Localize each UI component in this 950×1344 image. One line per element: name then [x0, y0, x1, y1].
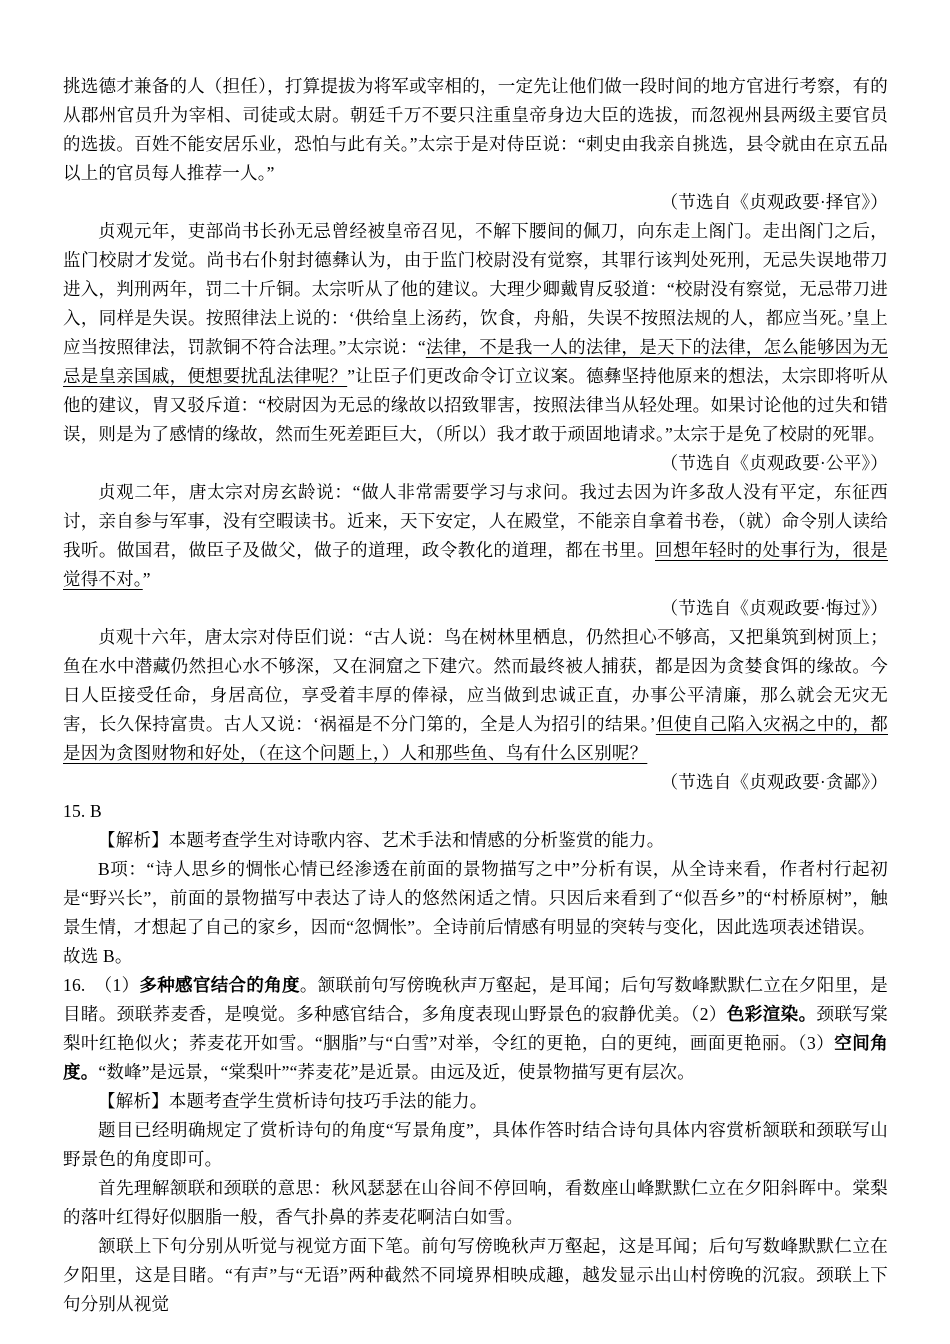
answer-16-analysis-hanlian: 颔联上下句分别从听觉与视觉方面下笔。前句写傍晚秋声万壑起，这是耳闻；后句写数峰默…	[63, 1232, 888, 1319]
text-run: 挑选德才兼备的人（担任），打算提拔为将军或宰相的，一定先让他们做一段时间的地方官…	[63, 76, 888, 183]
paragraph-translation-zeguan-continued: 挑选德才兼备的人（担任），打算提拔为将军或宰相的，一定先让他们做一段时间的地方官…	[63, 72, 888, 188]
text-run: 颔联上下句分别从听觉与视觉方面下笔。前句写傍晚秋声万壑起，这是耳闻；后句写数峰默…	[63, 1236, 888, 1314]
citation-huiguo: （节选自《贞观政要·悔过》）	[63, 594, 888, 623]
bold-text-run: 色彩渲染。	[727, 1004, 817, 1024]
citation-gongping: （节选自《贞观政要·公平》）	[63, 449, 888, 478]
paragraph-translation-huiguo: 贞观二年，唐太宗对房玄龄说：“做人非常需要学习与求问。我过去因为许多敌人没有平定…	[63, 478, 888, 594]
text-run: 【解析】本题考查学生对诗歌内容、艺术手法和情感的分析鉴赏的能力。	[98, 830, 664, 850]
answer-16: 16. （1）多种感官结合的角度。颔联前句写傍晚秋声万壑起，是耳闻；后句写数峰默…	[63, 971, 888, 1087]
citation-tanbi: （节选自《贞观政要·贪鄙》）	[63, 768, 888, 797]
answer-15-conclusion: 故选 B。	[63, 942, 888, 971]
text-run: 15. B	[63, 801, 102, 821]
text-run: 首先理解颔联和颈联的意思：秋风瑟瑟在山谷间不停回响，看数座山峰默默仁立在夕阳斜晖…	[63, 1178, 888, 1227]
text-run: （节选自《贞观政要·贪鄙》）	[661, 772, 888, 792]
document-page: 挑选德才兼备的人（担任），打算提拔为将军或宰相的，一定先让他们做一段时间的地方官…	[0, 0, 950, 1344]
citation-zeguan: （节选自《贞观政要·择官》）	[63, 188, 888, 217]
answer-16-analysis-intro: 【解析】本题考查学生赏析诗句技巧手法的能力。	[63, 1087, 888, 1116]
text-run: （节选自《贞观政要·公平》）	[661, 453, 888, 473]
text-run: 【解析】本题考查学生赏析诗句技巧手法的能力。	[98, 1091, 487, 1111]
text-run: B项：“诗人思乡的惆怅心情已经渗透在前面的景物描写之中”分析有误，从全诗来看，作…	[63, 859, 888, 937]
answer-15: 15. B	[63, 797, 888, 826]
text-run: （节选自《贞观政要·择官》）	[661, 192, 888, 212]
text-run: 题目已经明确规定了赏析诗句的角度“写景角度”，具体作答时结合诗句具体内容赏析颔联…	[63, 1120, 888, 1169]
text-run: 16. （1）	[63, 975, 139, 995]
bold-text-run: 多种感官结合的角度	[139, 975, 299, 995]
paragraph-translation-gongping: 贞观元年，吏部尚书长孙无忌曾经被皇帝召见，不解下腰间的佩刀，向东走上阁门。走出阁…	[63, 217, 888, 449]
text-run: 故选 B。	[63, 946, 133, 966]
answer-16-analysis-meaning: 首先理解颔联和颈联的意思：秋风瑟瑟在山谷间不停回响，看数座山峰默默仁立在夕阳斜晖…	[63, 1174, 888, 1232]
text-run: “数峰”是远景，“棠梨叶”“荞麦花”是近景。由远及近，使景物描写更有层次。	[98, 1062, 695, 1082]
answer-16-analysis-requirement: 题目已经明确规定了赏析诗句的角度“写景角度”，具体作答时结合诗句具体内容赏析颔联…	[63, 1116, 888, 1174]
text-run: ”	[143, 569, 151, 589]
text-run: （节选自《贞观政要·悔过》）	[661, 598, 888, 618]
answer-15-analysis-detail: B项：“诗人思乡的惆怅心情已经渗透在前面的景物描写之中”分析有误，从全诗来看，作…	[63, 855, 888, 942]
document-content: 挑选德才兼备的人（担任），打算提拔为将军或宰相的，一定先让他们做一段时间的地方官…	[63, 72, 888, 1319]
answer-15-analysis-intro: 【解析】本题考查学生对诗歌内容、艺术手法和情感的分析鉴赏的能力。	[63, 826, 888, 855]
paragraph-translation-tanbi: 贞观十六年，唐太宗对侍臣们说：“古人说：鸟在树林里栖息，仍然担心不够高，又把巢筑…	[63, 623, 888, 768]
